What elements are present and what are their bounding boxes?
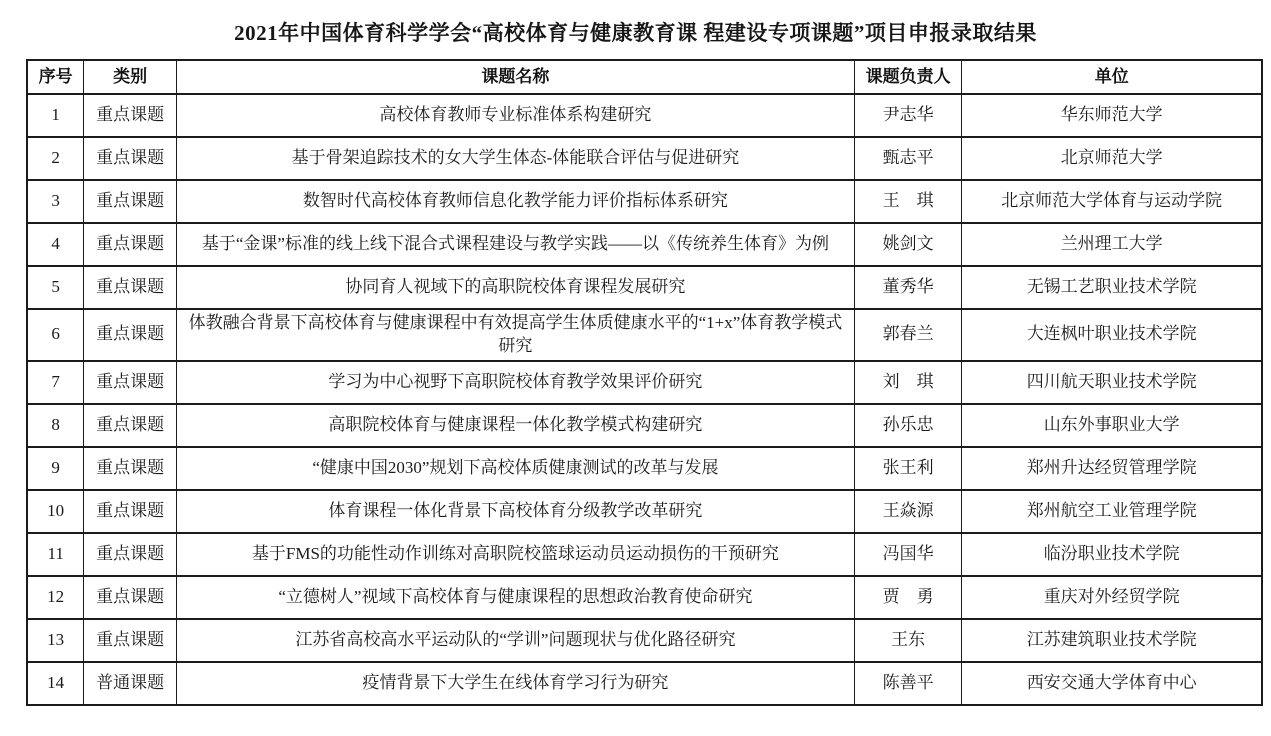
column-header-leader: 课题负责人 bbox=[854, 60, 961, 94]
cell-organization: 郑州升达经贸管理学院 bbox=[962, 447, 1262, 490]
table-row: 1 重点课题 高校体育教师专业标准体系构建研究 尹志华 华东师范大学 bbox=[27, 94, 1262, 137]
cell-organization: 北京师范大学 bbox=[962, 137, 1262, 180]
cell-project-title: 疫情背景下大学生在线体育学习行为研究 bbox=[176, 662, 854, 705]
cell-leader: 刘 琪 bbox=[854, 361, 961, 404]
cell-leader: 王焱源 bbox=[854, 490, 961, 533]
cell-no: 9 bbox=[27, 447, 84, 490]
cell-organization: 四川航天职业技术学院 bbox=[962, 361, 1262, 404]
cell-organization: 郑州航空工业管理学院 bbox=[962, 490, 1262, 533]
table-row: 9 重点课题 “健康中国2030”规划下高校体质健康测试的改革与发展 张王利 郑… bbox=[27, 447, 1262, 490]
cell-no: 11 bbox=[27, 533, 84, 576]
cell-project-title: 协同育人视域下的高职院校体育课程发展研究 bbox=[176, 266, 854, 309]
cell-organization: 临汾职业技术学院 bbox=[962, 533, 1262, 576]
table-row: 10 重点课题 体育课程一体化背景下高校体育分级教学改革研究 王焱源 郑州航空工… bbox=[27, 490, 1262, 533]
cell-organization: 无锡工艺职业技术学院 bbox=[962, 266, 1262, 309]
cell-no: 5 bbox=[27, 266, 84, 309]
table-row: 2 重点课题 基于骨架追踪技术的女大学生体态-体能联合评估与促进研究 甄志平 北… bbox=[27, 137, 1262, 180]
cell-project-title: 基于“金课”标准的线上线下混合式课程建设与教学实践——以《传统养生体育》为例 bbox=[176, 223, 854, 266]
cell-project-title: 体教融合背景下高校体育与健康课程中有效提高学生体质健康水平的“1+x”体育教学模… bbox=[176, 309, 854, 361]
table-body: 1 重点课题 高校体育教师专业标准体系构建研究 尹志华 华东师范大学 2 重点课… bbox=[27, 94, 1262, 705]
cell-project-title: 数智时代高校体育教师信息化教学能力评价指标体系研究 bbox=[176, 180, 854, 223]
column-header-title: 课题名称 bbox=[176, 60, 854, 94]
cell-category: 重点课题 bbox=[84, 404, 177, 447]
cell-category: 重点课题 bbox=[84, 309, 177, 361]
cell-no: 2 bbox=[27, 137, 84, 180]
cell-organization: 江苏建筑职业技术学院 bbox=[962, 619, 1262, 662]
cell-organization: 华东师范大学 bbox=[962, 94, 1262, 137]
cell-no: 13 bbox=[27, 619, 84, 662]
table-row: 13 重点课题 江苏省高校高水平运动队的“学训”问题现状与优化路径研究 王东 江… bbox=[27, 619, 1262, 662]
cell-no: 7 bbox=[27, 361, 84, 404]
cell-no: 14 bbox=[27, 662, 84, 705]
cell-leader: 王东 bbox=[854, 619, 961, 662]
cell-category: 重点课题 bbox=[84, 180, 177, 223]
table-row: 12 重点课题 “立德树人”视域下高校体育与健康课程的思想政治教育使命研究 贾 … bbox=[27, 576, 1262, 619]
cell-project-title: 高职院校体育与健康课程一体化教学模式构建研究 bbox=[176, 404, 854, 447]
table-row: 5 重点课题 协同育人视域下的高职院校体育课程发展研究 董秀华 无锡工艺职业技术… bbox=[27, 266, 1262, 309]
table-row: 14 普通课题 疫情背景下大学生在线体育学习行为研究 陈善平 西安交通大学体育中… bbox=[27, 662, 1262, 705]
cell-project-title: 基于骨架追踪技术的女大学生体态-体能联合评估与促进研究 bbox=[176, 137, 854, 180]
document-page: 2021年中国体育科学学会“高校体育与健康教育课 程建设专项课题”项目申报录取结… bbox=[0, 0, 1271, 736]
cell-leader: 甄志平 bbox=[854, 137, 961, 180]
cell-category: 普通课题 bbox=[84, 662, 177, 705]
cell-project-title: 学习为中心视野下高职院校体育教学效果评价研究 bbox=[176, 361, 854, 404]
cell-leader: 冯国华 bbox=[854, 533, 961, 576]
cell-category: 重点课题 bbox=[84, 576, 177, 619]
cell-leader: 郭春兰 bbox=[854, 309, 961, 361]
table-row: 6 重点课题 体教融合背景下高校体育与健康课程中有效提高学生体质健康水平的“1+… bbox=[27, 309, 1262, 361]
cell-leader: 孙乐忠 bbox=[854, 404, 961, 447]
cell-category: 重点课题 bbox=[84, 223, 177, 266]
cell-category: 重点课题 bbox=[84, 447, 177, 490]
cell-category: 重点课题 bbox=[84, 266, 177, 309]
cell-no: 3 bbox=[27, 180, 84, 223]
cell-leader: 尹志华 bbox=[854, 94, 961, 137]
cell-project-title: 基于FMS的功能性动作训练对高职院校篮球运动员运动损伤的干预研究 bbox=[176, 533, 854, 576]
cell-leader: 张王利 bbox=[854, 447, 961, 490]
column-header-no: 序号 bbox=[27, 60, 84, 94]
table-row: 3 重点课题 数智时代高校体育教师信息化教学能力评价指标体系研究 王 琪 北京师… bbox=[27, 180, 1262, 223]
table-row: 4 重点课题 基于“金课”标准的线上线下混合式课程建设与教学实践——以《传统养生… bbox=[27, 223, 1262, 266]
cell-organization: 北京师范大学体育与运动学院 bbox=[962, 180, 1262, 223]
cell-organization: 重庆对外经贸学院 bbox=[962, 576, 1262, 619]
table-row: 8 重点课题 高职院校体育与健康课程一体化教学模式构建研究 孙乐忠 山东外事职业… bbox=[27, 404, 1262, 447]
page-title: 2021年中国体育科学学会“高校体育与健康教育课 程建设专项课题”项目申报录取结… bbox=[0, 0, 1271, 55]
results-table: 序号 类别 课题名称 课题负责人 单位 1 重点课题 高校体育教师专业标准体系构… bbox=[26, 59, 1263, 706]
cell-leader: 姚剑文 bbox=[854, 223, 961, 266]
cell-no: 6 bbox=[27, 309, 84, 361]
table-row: 11 重点课题 基于FMS的功能性动作训练对高职院校篮球运动员运动损伤的干预研究… bbox=[27, 533, 1262, 576]
cell-category: 重点课题 bbox=[84, 94, 177, 137]
cell-project-title: “健康中国2030”规划下高校体质健康测试的改革与发展 bbox=[176, 447, 854, 490]
column-header-org: 单位 bbox=[962, 60, 1262, 94]
cell-project-title: “立德树人”视域下高校体育与健康课程的思想政治教育使命研究 bbox=[176, 576, 854, 619]
header-row: 序号 类别 课题名称 课题负责人 单位 bbox=[27, 60, 1262, 94]
cell-category: 重点课题 bbox=[84, 533, 177, 576]
cell-no: 10 bbox=[27, 490, 84, 533]
table-row: 7 重点课题 学习为中心视野下高职院校体育教学效果评价研究 刘 琪 四川航天职业… bbox=[27, 361, 1262, 404]
cell-organization: 西安交通大学体育中心 bbox=[962, 662, 1262, 705]
cell-category: 重点课题 bbox=[84, 619, 177, 662]
cell-organization: 大连枫叶职业技术学院 bbox=[962, 309, 1262, 361]
cell-no: 4 bbox=[27, 223, 84, 266]
cell-no: 1 bbox=[27, 94, 84, 137]
column-header-category: 类别 bbox=[84, 60, 177, 94]
table-header: 序号 类别 课题名称 课题负责人 单位 bbox=[27, 60, 1262, 94]
cell-category: 重点课题 bbox=[84, 490, 177, 533]
cell-category: 重点课题 bbox=[84, 361, 177, 404]
cell-organization: 兰州理工大学 bbox=[962, 223, 1262, 266]
cell-no: 8 bbox=[27, 404, 84, 447]
cell-project-title: 高校体育教师专业标准体系构建研究 bbox=[176, 94, 854, 137]
cell-leader: 王 琪 bbox=[854, 180, 961, 223]
cell-project-title: 体育课程一体化背景下高校体育分级教学改革研究 bbox=[176, 490, 854, 533]
cell-no: 12 bbox=[27, 576, 84, 619]
cell-category: 重点课题 bbox=[84, 137, 177, 180]
cell-leader: 董秀华 bbox=[854, 266, 961, 309]
cell-leader: 贾 勇 bbox=[854, 576, 961, 619]
cell-organization: 山东外事职业大学 bbox=[962, 404, 1262, 447]
cell-project-title: 江苏省高校高水平运动队的“学训”问题现状与优化路径研究 bbox=[176, 619, 854, 662]
cell-leader: 陈善平 bbox=[854, 662, 961, 705]
